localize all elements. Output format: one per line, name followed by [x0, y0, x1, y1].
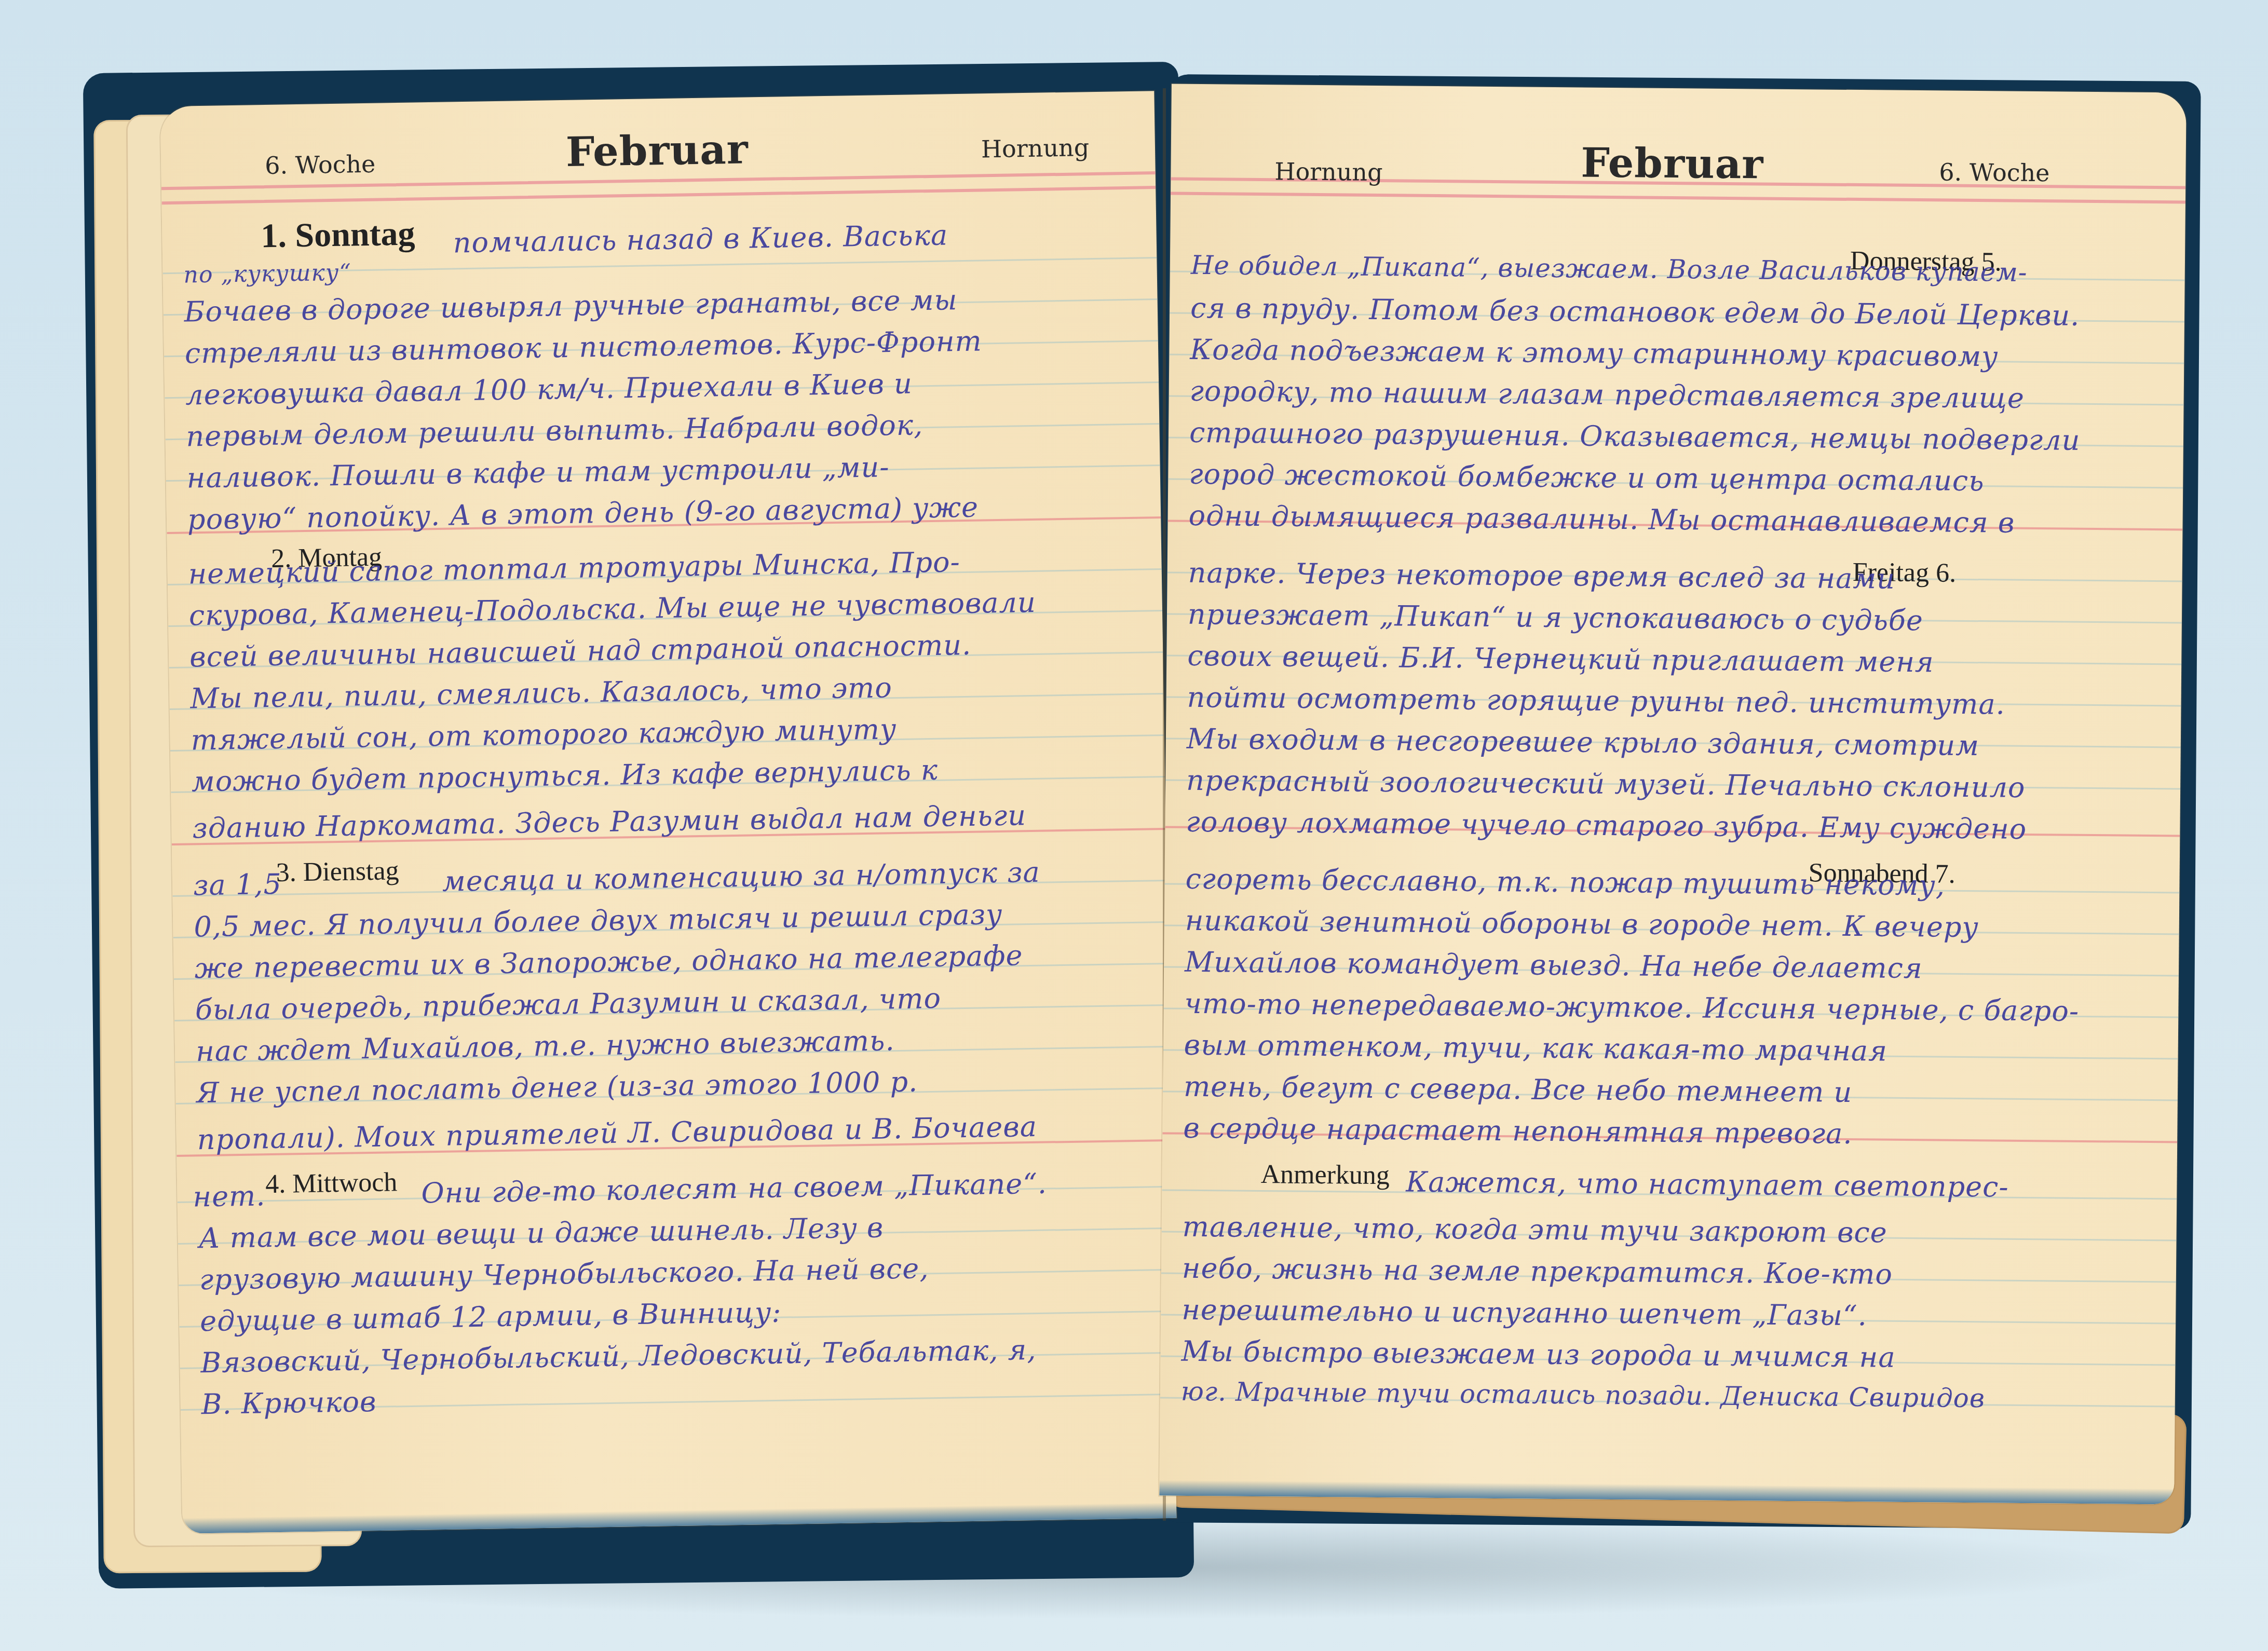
right-page: Hornung Februar 6. Woche Donnerstag 5. Н… — [1159, 84, 2186, 1505]
handwritten-line: грузовую машину Чернобыльского. На ней в… — [199, 1252, 929, 1296]
handwritten-line: в сердце нарастает непонятная тревога. — [1183, 1112, 1853, 1150]
month-title: Februar — [1581, 139, 1763, 188]
handwritten-line: тень, бегут с севера. Все небо темнеет и — [1184, 1070, 1853, 1109]
handwritten-line: Мы входим в несгоревшее крыло здания, см… — [1187, 722, 1980, 762]
handwritten-line: небо, жизнь на земле прекратится. Кое-кт… — [1182, 1252, 1893, 1291]
week-label: 6. Woche — [265, 150, 376, 180]
handwritten-line: пойти осмотреть горящие руины пед. инсти… — [1187, 681, 2005, 721]
handwritten-line: своих вещей. Б.И. Чернецкий приглашает м… — [1187, 639, 1934, 679]
old-month-label: Hornung — [981, 133, 1090, 163]
handwritten-line: что-то непередаваемо-жуткое. Иссиня черн… — [1184, 987, 2079, 1028]
handwritten-line: парке. Через некоторое время вслед за на… — [1188, 556, 1895, 595]
handwritten-line: по „кукушку“ — [183, 259, 351, 288]
handwritten-line: Вязовский, Чернобыльский, Ледовский, Теб… — [200, 1333, 1037, 1379]
day-label-sonntag: 1. Sonntag — [261, 214, 415, 256]
handwritten-line: можно будет проснуться. Из кафе вернулис… — [191, 754, 938, 798]
handwritten-line: приезжает „Пикап“ и я успокаиваюсь о суд… — [1188, 598, 1923, 637]
handwritten-prefix: нет. — [193, 1179, 266, 1213]
handwritten-line: пропали). Моих приятелей Л. Свиридова и … — [197, 1110, 1037, 1156]
notes-label-anmerkung: Anmerkung — [1260, 1159, 1390, 1191]
month-title: Februar — [565, 126, 749, 176]
handwritten-line: Михайлов командует выезд. На небе делает… — [1185, 946, 1923, 985]
handwritten-line: наливок. Пошли в кафе и там устроили „ми… — [186, 451, 890, 494]
handwritten-line: зданию Наркомата. Здесь Разумин выдал на… — [192, 799, 1027, 844]
handwritten-line: легковушка давал 100 км/ч. Приехали в Ки… — [185, 367, 913, 412]
handwritten-line: 0,5 мес. Я получил более двух тысяч и ре… — [194, 898, 1003, 943]
handwritten-line: ся в пруду. Потом без остановок едем до … — [1190, 292, 2080, 332]
handwritten-line: А там все мои вещи и даже шинель. Лезу в — [198, 1211, 884, 1255]
week-label: 6. Woche — [1939, 158, 2049, 187]
handwritten-line: вым оттенком, тучи, как какая-то мрачная — [1184, 1029, 1887, 1068]
handwritten-line: сгореть бесславно, т.к. пожар тушить нек… — [1185, 863, 1945, 902]
handwritten-line: Мы быстро выезжаем из города и мчимся на — [1181, 1335, 1895, 1374]
handwritten-line: страшного разрушения. Оказывается, немцы… — [1189, 416, 2081, 457]
handwritten-line: была очередь, прибежал Разумин и сказал,… — [195, 982, 941, 1027]
handwritten-line: ровую“ попойку. А в этот день (9-го авгу… — [187, 491, 979, 536]
day-label-mittwoch: 4. Mittwoch — [265, 1167, 398, 1199]
handwritten-line: нерешительно и испуганно шепчет „Газы“. — [1181, 1293, 1867, 1332]
left-page: 6. Woche Februar Hornung 1. Sonntag помч… — [160, 91, 1177, 1534]
handwritten-line: скурова, Каменец-Подольска. Мы еще не чу… — [188, 586, 1036, 632]
handwritten-line: Бочаев в дороге швырял ручные гранаты, в… — [184, 283, 958, 328]
handwritten-line: едущие в штаб 12 армии, в Винницу: — [200, 1296, 782, 1338]
handwritten-line: всей величины нависшей над страной опасн… — [189, 629, 972, 674]
day-label-dienstag: 3. Dienstag — [276, 855, 399, 888]
handwritten-line: одни дымящиеся развалины. Мы останавлива… — [1188, 499, 2015, 539]
handwritten-line: юг. Мрачные тучи остались позади. Дениск… — [1181, 1376, 1986, 1414]
handwritten-prefix: за 1,5 — [193, 868, 282, 902]
handwritten-line: же перевести их в Запорожье, однако на т… — [194, 939, 1023, 985]
handwritten-line: помчались назад в Киев. Васька — [453, 219, 948, 259]
handwritten-line: месяца и компенсацию за н/отпуск за — [442, 856, 1041, 898]
handwritten-line: Мы пели, пили, смеялись. Казалось, что э… — [190, 671, 892, 715]
handwritten-line: Когда подъезжаем к этому старинному крас… — [1190, 333, 1999, 373]
handwritten-line: прекрасный зоологический музей. Печально… — [1186, 764, 2026, 804]
handwritten-line: город жестокой бомбежке и от центра оста… — [1189, 458, 1985, 497]
handwritten-line: тавление, что, когда эти тучи закроют вс… — [1182, 1210, 1887, 1249]
handwritten-line: никакой зенитной обороны в городе нет. К… — [1185, 904, 1979, 944]
handwritten-line: тяжелый сон, от которого каждую минуту — [191, 713, 897, 756]
handwritten-line: Кажется, что наступает светопрес- — [1406, 1166, 2009, 1204]
handwritten-line: нас ждет Михайлов, т.е. нужно выезжать. — [196, 1024, 895, 1068]
handwritten-line: Они где-то колесят на своем „Пикапе“. — [421, 1167, 1047, 1210]
handwritten-line: первым делом решили выпить. Набрали водо… — [186, 408, 924, 453]
handwritten-line: городку, то нашим глазам представляется … — [1189, 375, 2025, 415]
handwritten-line: В. Крючков — [201, 1385, 377, 1421]
handwritten-line: Я не успел послать денег (из-за этого 10… — [196, 1066, 918, 1110]
handwritten-line: голову лохматое чучело старого зубра. Ем… — [1186, 806, 2027, 845]
old-month-label: Hornung — [1274, 157, 1383, 186]
handwritten-line: стреляли из винтовок и пистолетов. Курс-… — [185, 324, 983, 370]
